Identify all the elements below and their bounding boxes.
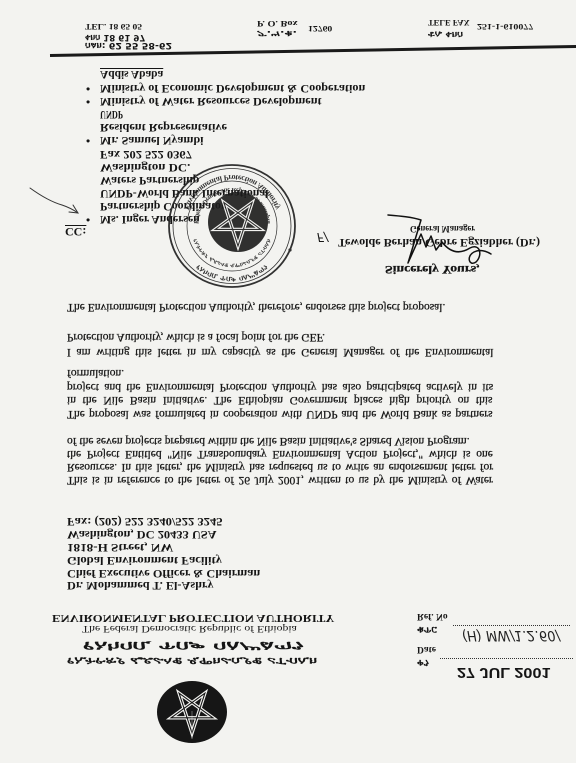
- handwritten-arrow-icon: [30, 188, 78, 213]
- overlay-graphics: Environmental Protection Authority Feder…: [0, 0, 576, 763]
- signature: [388, 215, 491, 263]
- scanned-letter-page: የኢትዮጵያ ፌዴራላዊ ዲሞክራሲያዊ ሪፐብሊክ የአካባቢ ጥበቃ ባለሥ…: [0, 0, 576, 763]
- official-seal: Environmental Protection Authority Feder…: [169, 165, 295, 287]
- star-seal-icon: [208, 192, 268, 252]
